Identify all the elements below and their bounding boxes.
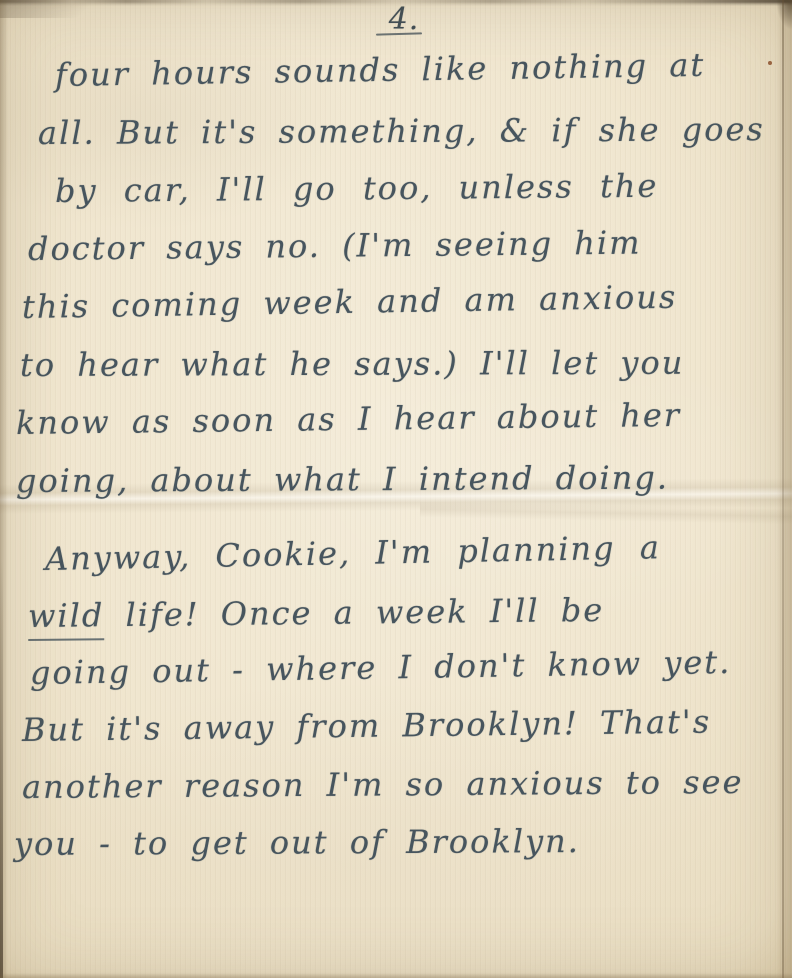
line-text: life! Once a week I'll be: [104, 591, 604, 634]
letter-page: 4. four hours sounds like nothing at all…: [0, 0, 792, 978]
handwritten-line: this coming week and am anxious: [22, 266, 779, 336]
paragraph-2: Anyway, Cookie, I'm planning a wild life…: [0, 530, 778, 872]
handwritten-line: Anyway, Cookie, I'm planning a: [44, 516, 778, 587]
paragraph-1: four hours sounds like nothing at all. B…: [0, 46, 778, 510]
scanned-letter: 4. four hours sounds like nothing at all…: [0, 0, 792, 978]
handwritten-line: to hear what he says.) I'll let you: [20, 333, 778, 394]
handwritten-line: all. But it's something, & if she goes: [38, 100, 778, 162]
handwritten-line: another reason I'm so anxious to see: [22, 753, 778, 815]
handwritten-line: four hours sounds like nothing at: [55, 35, 779, 104]
handwritten-line: know as soon as I hear about her: [16, 385, 779, 452]
left-edge-dark-strip: [0, 558, 3, 978]
handwritten-line: But it's away from Brooklyn! That's: [22, 692, 779, 758]
page-number: 4.: [364, 2, 444, 37]
handwritten-line: going, about what I intend doing.: [16, 448, 778, 510]
underlined-word: wild: [28, 596, 105, 641]
handwritten-line: by car, I'll go too, unless the: [55, 156, 778, 220]
paper-speck: [768, 61, 772, 65]
top-deckle-edge: [0, 0, 792, 6]
handwritten-line: going out - where I don't know yet.: [30, 632, 779, 701]
right-edge-shadow: [776, 0, 792, 978]
handwritten-line: you - to get out of Brooklyn.: [14, 811, 778, 872]
right-edge-seam: [782, 0, 784, 978]
bottom-edge-shadow: [0, 973, 792, 978]
